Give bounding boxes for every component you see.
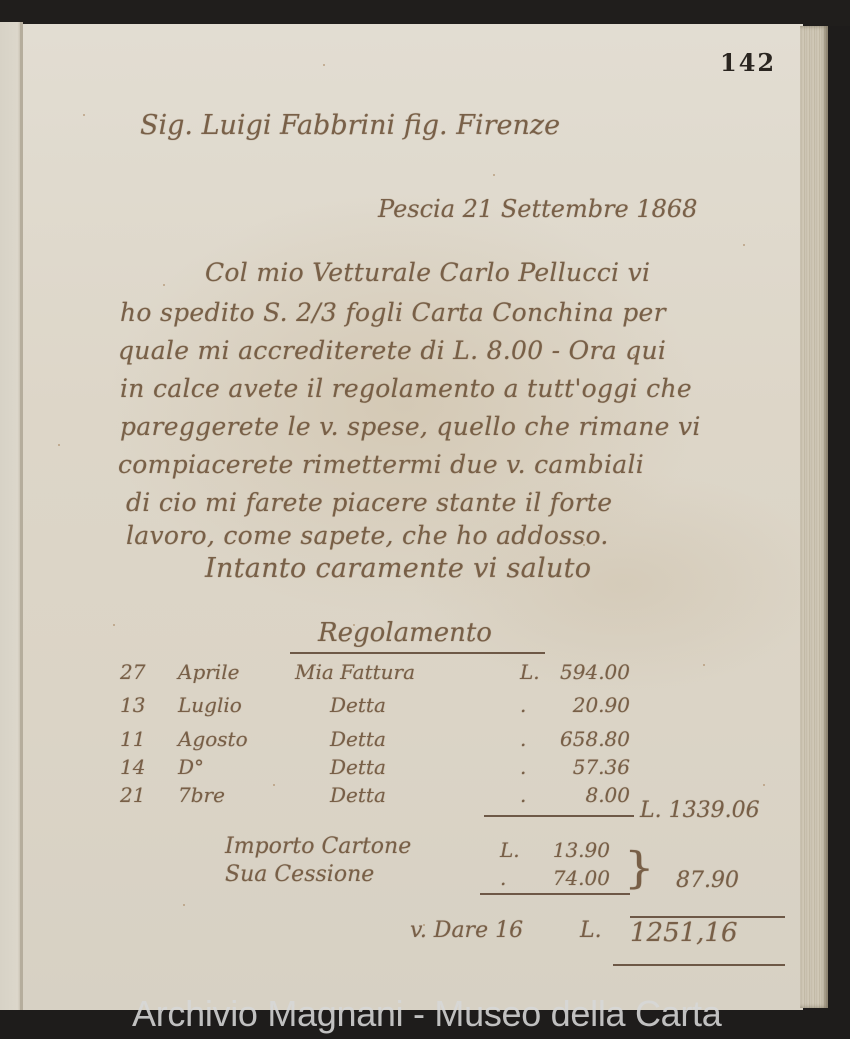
balance-amount: 1251,16 bbox=[630, 918, 738, 948]
ledger-currency: . bbox=[520, 755, 526, 779]
archive-watermark: Archivio Magnani - Museo della Carta bbox=[132, 993, 721, 1035]
ledger-description: Detta bbox=[330, 755, 386, 779]
ledger-currency: L. bbox=[520, 660, 540, 684]
body-line: pareggerete le v. spese, quello che rima… bbox=[120, 412, 701, 441]
facing-page-edge bbox=[0, 22, 22, 1010]
deduction-label: Importo Cartone bbox=[225, 834, 411, 859]
ledger-currency: . bbox=[520, 783, 526, 807]
subtotal-rule bbox=[484, 815, 634, 817]
closing-line: Intanto caramente vi saluto bbox=[205, 553, 591, 584]
ledger-currency: . bbox=[520, 693, 526, 717]
ledger-day: 13 bbox=[120, 693, 145, 717]
ledger-month: Agosto bbox=[178, 727, 248, 751]
body-line: in calce avete il regolamento a tutt'ogg… bbox=[120, 374, 692, 403]
ledger-day: 21 bbox=[120, 783, 145, 807]
ledger-title: Regolamento bbox=[318, 618, 492, 648]
balance-label: v. Dare 16 bbox=[410, 918, 523, 943]
body-line: di cio mi farete piacere stante il forte bbox=[126, 488, 612, 517]
ledger-description: Mia Fattura bbox=[295, 660, 415, 684]
body-line: compiacerete rimettermi due v. cambiali bbox=[118, 450, 644, 479]
body-line: ho spedito S. 2/3 fogli Carta Conchina p… bbox=[120, 298, 666, 327]
ledger-title-underline bbox=[290, 652, 545, 654]
balance-currency: L. bbox=[580, 918, 602, 943]
page-number: 142 bbox=[720, 48, 776, 77]
deduction-currency: L. bbox=[500, 838, 520, 862]
body-line: Col mio Vetturale Carlo Pellucci vi bbox=[205, 258, 650, 287]
ledger-month: D° bbox=[178, 755, 204, 779]
ledger-description: Detta bbox=[330, 783, 386, 807]
ledger-amount: 20.90 bbox=[550, 693, 630, 717]
deductions-rule bbox=[480, 893, 630, 895]
ledger-description: Detta bbox=[330, 727, 386, 751]
deduction-amount: 74.00 bbox=[530, 866, 610, 890]
deduction-amount: 13.90 bbox=[530, 838, 610, 862]
ledger-amount: 57.36 bbox=[550, 755, 630, 779]
deductions-total: 87.90 bbox=[676, 868, 739, 893]
body-line: lavoro, come sapete, che ho addosso. bbox=[126, 521, 609, 550]
document-page bbox=[23, 24, 803, 1010]
ledger-month: Luglio bbox=[178, 693, 242, 717]
ledger-amount: 594.00 bbox=[550, 660, 630, 684]
ledger-day: 14 bbox=[120, 755, 145, 779]
scan-background-top bbox=[0, 0, 850, 26]
ledger-subtotal: L. 1339.06 bbox=[640, 798, 760, 823]
ledger-month: 7bre bbox=[178, 783, 225, 807]
page-stack-edge bbox=[800, 26, 828, 1008]
deduction-currency: . bbox=[500, 866, 506, 890]
ledger-description: Detta bbox=[330, 693, 386, 717]
deduction-label: Sua Cessione bbox=[225, 862, 374, 887]
brace-glyph: } bbox=[624, 843, 655, 893]
body-line: quale mi accrediterete di L. 8.00 - Ora … bbox=[118, 336, 666, 365]
balance-bottom-rule bbox=[613, 964, 785, 966]
letter-date: Pescia 21 Settembre 1868 bbox=[378, 195, 697, 223]
recipient-address: Sig. Luigi Fabbrini fig. Firenze bbox=[140, 110, 560, 141]
ledger-day: 11 bbox=[120, 727, 145, 751]
ledger-currency: . bbox=[520, 727, 526, 751]
ledger-amount: 658.80 bbox=[550, 727, 630, 751]
ledger-amount: 8.00 bbox=[550, 783, 630, 807]
scanned-document: 142 Sig. Luigi Fabbrini fig. Firenze Pes… bbox=[0, 0, 850, 1039]
ledger-month: Aprile bbox=[178, 660, 239, 684]
ledger-day: 27 bbox=[120, 660, 145, 684]
